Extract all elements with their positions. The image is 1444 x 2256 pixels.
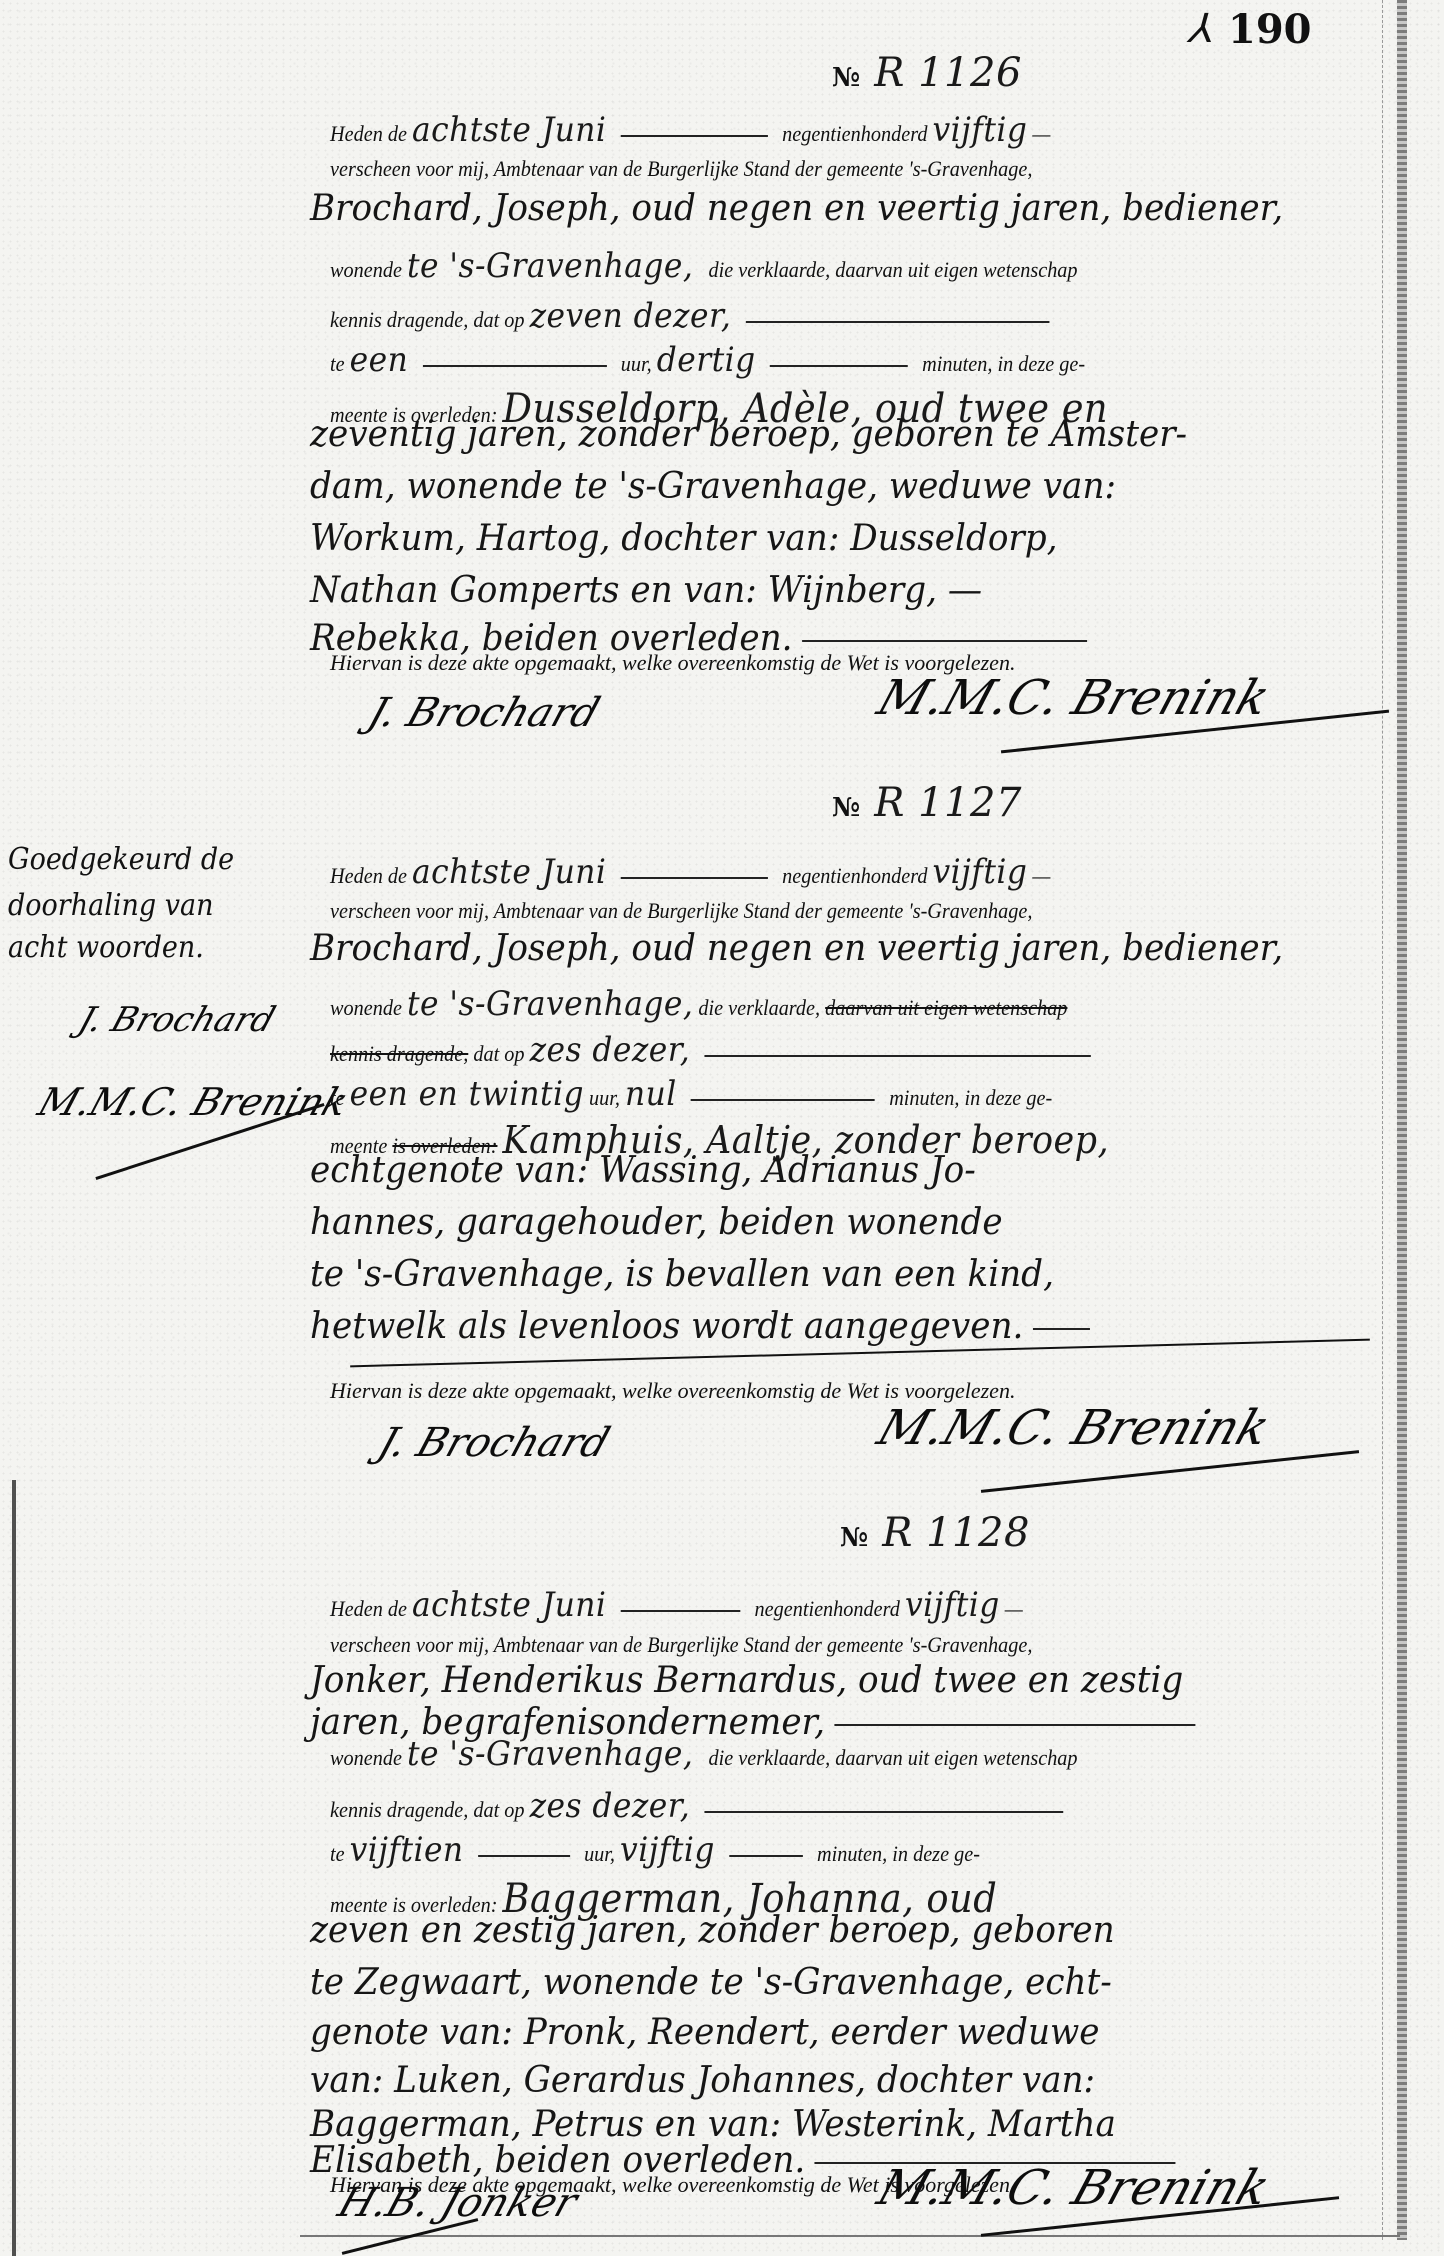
time-line: te een en twintig uur, nul minuten, in d… — [330, 1074, 1305, 1114]
binding-strip-right — [1397, 0, 1407, 2240]
verscheen-line: verscheen voor mij, Ambtenaar van de Bur… — [330, 898, 1305, 924]
date-day: achtste Juni — [412, 110, 606, 150]
time-line: te vijftien uur, vijftig minuten, in dez… — [330, 1830, 1305, 1870]
death-day-line: kennis dragende, dat op zes dezer, — [330, 1786, 1305, 1826]
deceased-line: genote van: Pronk, Reendert, eerder wedu… — [310, 2012, 1100, 2053]
deceased-line: dam, wonende te 's-Gravenhage, weduwe va… — [310, 466, 1116, 507]
declarant: Brochard, Joseph, oud negen en veertig j… — [310, 928, 1283, 969]
declarant: Jonker, Henderikus Bernardus, oud twee e… — [310, 1660, 1183, 1701]
deceased-line: zeven en zestig jaren, zonder beroep, ge… — [310, 1910, 1115, 1951]
deceased-line: te 's-Gravenhage, is bevallen van een ki… — [310, 1254, 1054, 1295]
signature-official: M.M.C. Brenink — [871, 2160, 1276, 2216]
binding-line-left — [12, 1480, 16, 2256]
record-number: №R 1128 — [840, 1510, 1030, 1556]
time-line: te een uur, dertig minuten, in deze ge- — [330, 340, 1305, 380]
death-day-line: kennis dragende, dat op zes dezer, — [330, 1030, 1305, 1070]
date-line: Heden de achtste Juni negentienhonderd v… — [330, 852, 1305, 892]
residence-line: wonende te 's-Gravenhage, die verklaarde… — [330, 984, 1305, 1024]
margin-signature-declarant: J. Brochard — [74, 1000, 281, 1040]
signature-declarant: H.B. Jonker — [333, 2180, 583, 2226]
margin-signature-official: M.M.C. Brenink — [33, 1080, 354, 1124]
signature-official: M.M.C. Brenink — [871, 670, 1276, 726]
deceased-line: Nathan Gomperts en van: Wijnberg, — — [310, 570, 982, 611]
signature-declarant: J. Brochard — [363, 690, 606, 736]
death-day-line: kennis dragende, dat op zeven dezer, — [330, 296, 1305, 336]
verscheen-line: verscheen voor mij, Ambtenaar van de Bur… — [330, 156, 1305, 182]
deceased-line: hetwelk als levenloos wordt aangegeven. — [310, 1306, 1099, 1347]
deceased-line: Baggerman, Petrus en van: Westerink, Mar… — [310, 2104, 1116, 2145]
page-number: 190 — [1228, 6, 1312, 53]
signature-official: M.M.C. Brenink — [871, 1400, 1276, 1456]
deceased-line: echtgenote van: Wassing, Adrianus Jo- — [310, 1150, 976, 1191]
record-number: №R 1126 — [832, 50, 1022, 96]
declarant: Brochard, Joseph, oud negen en veertig j… — [310, 188, 1283, 229]
page-edge-dashed — [1382, 0, 1384, 2240]
deceased-line: te Zegwaart, wonende te 's-Gravenhage, e… — [310, 1962, 1112, 2003]
residence-line: wonende te 's-Gravenhage, die verklaarde… — [330, 1734, 1305, 1774]
page-bottom-edge — [300, 2235, 1400, 2237]
deceased-line: van: Luken, Gerardus Johannes, dochter v… — [310, 2060, 1095, 2101]
residence-line: wonende te 's-Gravenhage, die verklaarde… — [330, 246, 1305, 286]
signature-underline — [981, 1450, 1359, 1493]
verscheen-line: verscheen voor mij, Ambtenaar van de Bur… — [330, 1632, 1305, 1658]
deceased-line: hannes, garagehouder, beiden wonende — [310, 1202, 1003, 1243]
record-number: №R 1127 — [832, 780, 1022, 826]
date-line: Heden de achtste Juni negentienhonderd v… — [330, 110, 1305, 150]
deceased-line: Workum, Hartog, dochter van: Dusseldorp, — [310, 518, 1058, 559]
signature-declarant: J. Brochard — [373, 1420, 616, 1466]
deceased-line: zeventig jaren, zonder beroep, geboren t… — [310, 414, 1187, 455]
year: vijftig — [933, 110, 1028, 150]
date-line: Heden de achtste Juni negentienhonderd v… — [330, 1585, 1305, 1625]
page-mark: ⅄ — [1184, 6, 1221, 52]
